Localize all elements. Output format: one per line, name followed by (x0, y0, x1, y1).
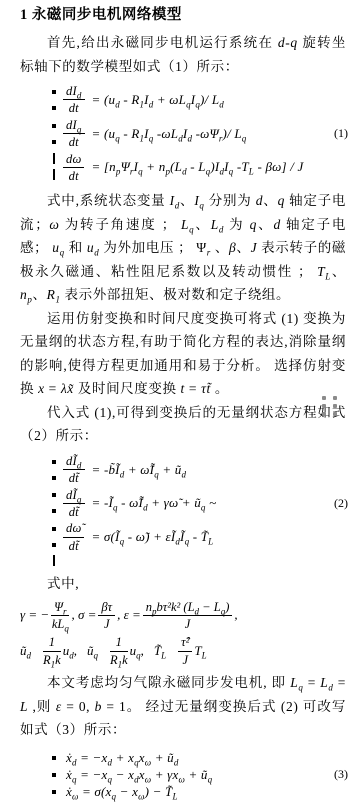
broken-brace-fragment (52, 750, 61, 766)
equation-3-line-2: ẋq = −xq − xdxω + γxω + ũq (3) (52, 767, 348, 783)
paragraph-transform: 运用仿射变换和时间尺度变换可将式 (1) 变换为无量纲的状态方程,有助于简化方程… (20, 307, 346, 401)
grip-dot (322, 396, 326, 400)
section-heading: 1 永磁同步电机网络模型 (20, 5, 345, 25)
grip-dot (322, 412, 326, 416)
broken-brace-fragment (52, 784, 61, 800)
equation-1-line-3: dω dt = [npΨrIq + np(Ld - Lq)IdIq -TL - … (52, 152, 348, 184)
paragraph-where: 式中, (20, 572, 346, 596)
equation-3-line-1: ẋd = −xd + xqxω + ũd (52, 750, 348, 766)
fraction: Ψr kLq (51, 600, 69, 632)
paragraph-uniform-airgap: 本文考虑均匀气隙永磁同步发电机, 即 Lq = Ld = L ,则 ε = 0,… (20, 671, 346, 742)
broken-brace-fragment (53, 555, 55, 566)
equation-1: dId dt = (ud - R1Id + ωLqIq)/ Ld dIq dt … (52, 84, 348, 183)
definitions-u-tilde: ũd 1 R1k ud, ũq 1 R1k uq, T̃L τ̂² J TL (20, 635, 346, 667)
broken-brace-fragment (52, 84, 61, 116)
fraction: dĨd dt̃ (63, 454, 85, 486)
grip-dot (333, 404, 337, 408)
paragraph-intro: 首先,给出永磁同步电机运行系统在 d-q 旋转坐标轴下的数学模型如式（1）所示： (20, 31, 346, 78)
equation-2-line-3: dω̃ dt̃ = σ(Ĩq - ω̃) + εĨdĨq - T̃L (52, 521, 348, 553)
fraction: dIq dt (63, 118, 85, 150)
fraction: 1 R1k (43, 635, 61, 667)
fraction: τ̂² J (178, 635, 192, 667)
drag-handle-grip-dots[interactable] (322, 396, 337, 416)
equation-1-line-1: dId dt = (ud - R1Id + ωLqIq)/ Ld (52, 84, 348, 116)
grip-dot (333, 396, 337, 400)
equation-2: dĨd dt̃ = -b̃Ĩd + ω̃Ĩq + ũd dĨq dt̃ = -Ĩ… (52, 454, 348, 566)
fraction: 1 R1k (110, 635, 128, 667)
equation-1-label: (1) (334, 126, 348, 141)
fraction: npbτ²k² (Ld − Lq) J (143, 600, 233, 632)
paragraph-substitute: 代入式 (1),可得到变换后的无量纲状态方程如式（2）所示： (20, 401, 346, 448)
paragraph-nomenclature: 式中,系统状态变量 Id、Iq 分别为 d、q 轴定子电流；ω 为转子角速度 ；… (20, 189, 346, 307)
equation-3-line-3: ẋω = σ(xq − xω) − T̃L (52, 784, 348, 800)
broken-brace-fragment (52, 521, 61, 553)
equation-2-line-1: dĨd dt̃ = -b̃Ĩd + ω̃Ĩq + ũd (52, 454, 348, 486)
equation-1-line-2: dIq dt = (uq - R1Iq -ωLdId -ωΨr)/ Lq (1) (52, 118, 348, 150)
fraction: dω̃ dt̃ (63, 521, 84, 553)
equation-2-line-2: dĨq dt̃ = -Ĩq - ω̃Ĩd + γω̃ + ũq ~ (2) (52, 488, 348, 520)
broken-brace-fragment (52, 118, 61, 150)
equation-3: ẋd = −xd + xqxω + ũd ẋq = −xq − xdxω + γ… (52, 750, 348, 800)
fraction: βτ J (98, 600, 115, 632)
broken-brace-fragment (52, 454, 61, 486)
broken-brace-fragment (52, 767, 61, 783)
broken-brace-fragment (52, 152, 61, 184)
grip-dot (322, 404, 326, 408)
document-page: 1 永磁同步电机网络模型 首先,给出永磁同步电机运行系统在 d-q 旋转坐标轴下… (0, 0, 360, 802)
grip-dot (333, 412, 337, 416)
fraction: dId dt (63, 84, 85, 116)
fraction: dω dt (63, 152, 84, 184)
definitions-gamma-sigma-epsilon: γ = − Ψr kLq , σ = βτ J , ε = npbτ²k² (L… (20, 600, 346, 632)
fraction: dĨq dt̃ (63, 488, 85, 520)
broken-brace-fragment (52, 488, 61, 520)
equation-3-label: (3) (334, 767, 348, 782)
equation-2-label: (2) (334, 496, 348, 511)
